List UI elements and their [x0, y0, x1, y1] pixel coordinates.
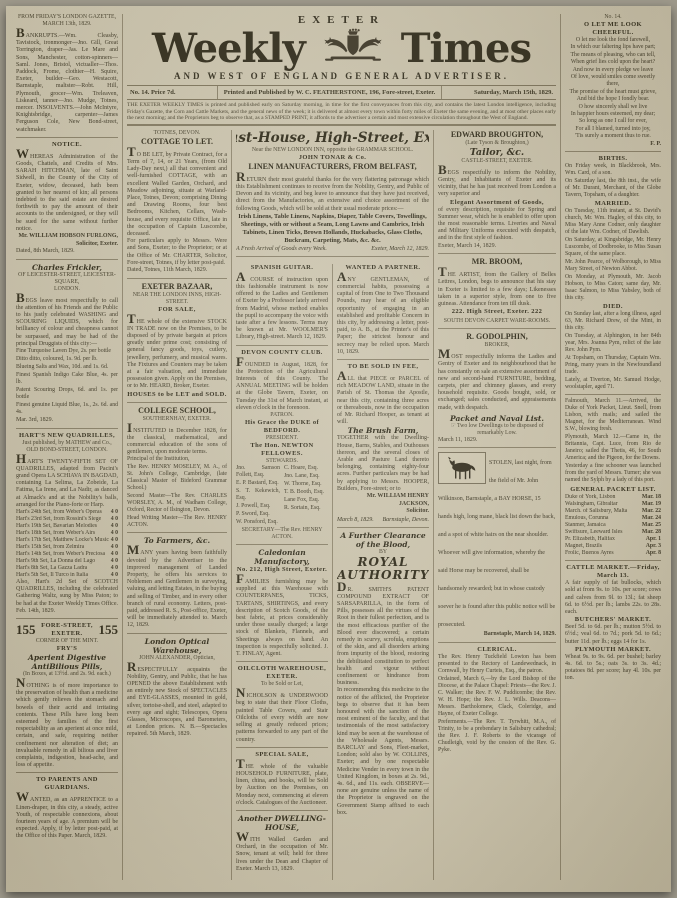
- column-five: EDWARD BROUGHTON, (Late Tyson & Broughto…: [438, 130, 556, 880]
- parents-body: WANTED, as an APPRENTICE to a Linen-drap…: [16, 792, 118, 840]
- steward-name: C. Hoare, Esq.: [284, 465, 328, 472]
- special-sale-body: THE whole of the valuable HOUSEHOLD FURN…: [236, 759, 328, 807]
- optical-body: RESPECTFULLY acquaints the Nobility, Gen…: [127, 662, 227, 739]
- marriage-entry: On Tuesday, 11th instant, at St. David's…: [565, 208, 661, 236]
- staff-line: Second Master—The Rev. CHARLES WORSLEY, …: [127, 493, 227, 514]
- godolphin-trade: BROKER,: [438, 342, 556, 349]
- dateline-row: No. 14. Price 7d. Printed and Published …: [127, 85, 556, 100]
- quadrilles-intro: HART'S TWENTY-FIFTH SET OF QUADRILLES, a…: [16, 454, 118, 509]
- marriage-entry: On Monday, at Plymouth, Mr. Jacob Hobson…: [565, 274, 661, 302]
- county-club-body: FOUNDED in August, 1828, for the Protect…: [236, 357, 328, 412]
- butchers-market-body: Beef 5d. to 6d. per lb.; mutton 5½d. to …: [565, 624, 661, 646]
- poem-line: For all I blamed, turned into joy,: [565, 126, 661, 133]
- parents-heading: TO PARENTS AND GUARDIANS.: [16, 776, 118, 792]
- farmers-body: MANY years having been faithfully devote…: [127, 545, 227, 629]
- sold-in-fee-body: ALL that PIECE or PARCEL of rich MEADOW …: [337, 371, 429, 426]
- price-line: Patent Scouring Drops, 6d. and 1s. per b…: [16, 387, 118, 401]
- ship-news-item: Plymouth, March 12.—Came in, the Britann…: [565, 434, 661, 462]
- butchers-market-heading: BUTCHERS' MARKET.: [565, 616, 661, 624]
- frickler-heading: Charles Frickler,: [16, 263, 118, 272]
- wareroom-line: SOUTH DEVON CARPET WARE-ROOMS.: [438, 318, 556, 325]
- bazaar-address: NEAR THE LONDON INNS, HIGH-STREET.: [127, 292, 227, 306]
- quadrille-item: Hart's 24th Set, from Weber's Operas4 0: [16, 509, 118, 516]
- packet-list: Duke of York, LisbonMar. 18Walsingham, G…: [565, 494, 661, 557]
- quadrille-item: Hart's 8th Set, La Gazza Ladra4 0: [16, 565, 118, 572]
- death-entry: Lately, at Tiverton, Mr. Samuel Hodge, w…: [565, 377, 661, 391]
- guitar-body: A COURSE of instruction upon this fashio…: [236, 272, 328, 342]
- brush-farm-heading: The Brush Farm,: [337, 426, 429, 435]
- marriage-entry: Mr. John Pearce, of Wolborough, to Miss …: [565, 259, 661, 273]
- sold-in-fee-heading: TO BE SOLD IN FEE,: [337, 363, 429, 371]
- belfast-firm: JOHN TONAR & Co.: [236, 154, 429, 162]
- sarsaparilla-agents: In recommending this medicine to the not…: [337, 687, 429, 817]
- brush-farm-signature: Mr. WILLIAM HENRY JACKSON,: [337, 493, 429, 508]
- steward-name: P. Sword, Esq.: [236, 511, 280, 518]
- packet-list-heading: GENERAL PACKET LIST.: [565, 486, 661, 494]
- brush-farm-place: Barnstaple, Devon.: [383, 516, 430, 524]
- cottage-body: TO BE LET, by Private Contract, for a Te…: [127, 147, 227, 238]
- steward-name: E. P. Bastard, Esq.: [236, 480, 280, 487]
- died-heading: DIED.: [565, 303, 661, 311]
- staff-line: Head Writing Master—The Rev. HENRY ACTON…: [127, 515, 227, 529]
- stewards-left: Jno. Samson Follett, Esq.E. P. Bastard, …: [236, 465, 280, 527]
- frickler-price-list: Fine Turquoise Laven Dye, 2s. per bottle…: [16, 348, 118, 416]
- oilcloth-heading: OILCLOTH WAREHOUSE, EXETER.: [236, 665, 328, 681]
- broughton-date: Exeter, March 14, 1829.: [438, 243, 556, 251]
- patron-name: His Grace the DUKE of BEDFORD.: [236, 419, 328, 435]
- price-line: Fine Turquoise Laven Dye, 2s. per bottle: [16, 348, 118, 355]
- gazette-header: FROM FRIDAY'S LONDON GAZETTE, MARCH 13th…: [16, 14, 118, 28]
- poem-line: Of love, would smiles come sweetly there…: [565, 74, 661, 89]
- dwelling-body: WITH Walled Garden and Orchard, in the o…: [236, 832, 328, 873]
- masthead: EXETER Weekly: [127, 14, 556, 128]
- pills-price: (In Boxes, at 13½d. and 2s. 9d. each.): [16, 671, 118, 678]
- belfast-ad-title: Belfast-House, High-Street, Exeter,: [236, 131, 429, 146]
- stolen-body: STOLEN, last night, from the field of Mr…: [438, 460, 555, 628]
- broom-heading: MR. BROOM,: [438, 257, 556, 267]
- corner-issue-number: No. 14.: [565, 14, 661, 21]
- plymouth-market-body: Wheat 9s. to 9s. 6d. per bushel; barley …: [565, 654, 661, 683]
- houses-note: HOUSES to be LET and SOLD.: [127, 391, 227, 399]
- death-entry: On Sunday last, after a long illness, ag…: [565, 311, 661, 332]
- staff-line: Principal of the Institution,: [127, 456, 227, 463]
- married-list: On Tuesday, 11th instant, at St. David's…: [565, 208, 661, 302]
- column-two: TOTNES, DEVON. COTTAGE TO LET. TO BE LET…: [127, 130, 227, 880]
- brand-name: FRY'S: [16, 645, 118, 653]
- column-left-ads: FROM FRIDAY'S LONDON GAZETTE, MARCH 13th…: [16, 14, 118, 880]
- steward-name: Jno. Lane, Esq.: [284, 473, 328, 480]
- packet-naval-line: Packet and Naval List.: [438, 414, 556, 423]
- packet-entry: Walsingham, GibraltarMar. 19: [565, 501, 661, 508]
- packet-entry: March. of Salisbury, MaltaMar. 22: [565, 508, 661, 515]
- secretary-line: SECRETARY—The Rev. HENRY ACTON.: [236, 527, 328, 541]
- price-line: Finest Spanish Indigo Cake Blue, 4s. per…: [16, 372, 118, 386]
- street-number-left: 155: [16, 623, 36, 636]
- cattle-market-heading: CATTLE MARKET.—Friday, March 13.: [565, 564, 661, 580]
- staff-line: The Rev. HENRY MOSELEY, M. A., of St. Jo…: [127, 464, 227, 492]
- issue-number: No. 14. Price 7d.: [127, 86, 218, 99]
- steward-name: T. B. Booth, Esq.: [284, 489, 328, 496]
- birth-entry: On Friday week, in Blackbrook, Mrs. Wm. …: [565, 163, 661, 177]
- partner-body: ANY GENTLEMAN, of commercial habits, pos…: [337, 272, 429, 356]
- oilcloth-subheading: To be Sold or Let,: [236, 681, 328, 688]
- fore-street-banner: 155 FORE-STREET, EXETER. 155: [16, 622, 118, 638]
- steward-name: R. Sortain, Esq.: [284, 505, 328, 512]
- steward-name: J. Powell, Esq.: [236, 503, 280, 510]
- partner-heading: WANTED A PARTNER.: [337, 264, 429, 272]
- clerical-item: Ordained, March 6,—by the Lord Bishop of…: [438, 676, 556, 718]
- packet-entry: Pr. Elizabeth, HalifaxApr. 1: [565, 536, 661, 543]
- column-three: SPANISH GUITAR. A COURSE of instruction …: [236, 264, 328, 880]
- brush-farm-signature-role: Solicitor.: [337, 508, 429, 516]
- quadrille-item: Hart's 15th Set, from Zelmira4 0: [16, 544, 118, 551]
- broughton-body-1: BEGS respectfully to inform the Nobility…: [438, 165, 556, 199]
- imprint: Printed and Published by W. C. FEATHERST…: [218, 86, 441, 99]
- masthead-title-weekly: Weekly: [152, 29, 305, 69]
- quadrille-item: Hart's 19th Set, Bavarian Melodies4 0: [16, 523, 118, 530]
- ship-news-item: Yesterday a fine schooner was launched f…: [565, 463, 661, 484]
- notice-signature: Mr. WILLIAM HOBSON FURLONG,: [16, 233, 118, 241]
- broughton-goods-line: Elegant Assortment of Goods,: [438, 199, 556, 207]
- poem-line: In which our faltering lips have part;: [565, 44, 661, 51]
- blood-clearance-line: A Further Clearance of the Blood,: [337, 531, 429, 549]
- masthead-title-times: Times: [401, 29, 531, 69]
- quadrille-item: Hart's 18th Set, from Weber's Airs4 0: [16, 530, 118, 537]
- street-number-right: 155: [99, 623, 119, 636]
- packet-entry: Stanmer, JamaicaMar. 25: [565, 522, 661, 529]
- corner-label: CORNER OF THE MINT.: [16, 638, 118, 645]
- broughton-trade: Tailor, &c.: [438, 147, 556, 158]
- frickler-body: BEGS leave most respectfully to call the…: [16, 293, 118, 348]
- ship-news-item: Falmouth, March 11.—Arrived, the Duke of…: [565, 398, 661, 433]
- special-sale-heading: SPECIAL SALE,: [236, 751, 328, 759]
- cottage-heading: COTTAGE TO LET.: [127, 137, 227, 147]
- clerical-items: The Rev. Henry Tuckfield Lowton has been…: [438, 654, 556, 754]
- horse-engraving-icon: [438, 452, 486, 484]
- oilcloth-body: NICHOLSON & UNDERWOOD beg to state that …: [236, 688, 328, 743]
- brush-farm-body: TOGETHER with the Dwelling-House, Barns,…: [337, 435, 429, 493]
- quadrilles-address: OLD BOND-STREET, LONDON.: [16, 447, 118, 454]
- quadrilles-publisher: Just published, by MATHEW and Co.,: [16, 440, 118, 447]
- quadrille-item: Hart's 5th Set, Il Turco in Italia4 0: [16, 572, 118, 579]
- college-body: INSTITUTED in December 1828, for the cla…: [127, 423, 227, 457]
- column-divider: [231, 130, 232, 880]
- godolphin-body: MOST respectfully informs the Ladies and…: [438, 349, 556, 412]
- stolen-date: Barnstaple, March 14, 1829.: [438, 631, 556, 639]
- stolen-horse-ad: STOLEN, last night, from the field of Mr…: [438, 451, 556, 639]
- masthead-subtitle: AND WEST OF ENGLAND GENERAL ADVERTISER.: [127, 70, 556, 82]
- steward-name: W. Ponsford, Esq.: [236, 519, 280, 526]
- bazaar-for-sale: FOR SALE,: [127, 306, 227, 314]
- steward-name: W. Thorne, Esq.: [284, 481, 328, 488]
- pills-heading: Aperient Digestive AntiBilious Pills,: [16, 653, 118, 671]
- stewards-label: STEWARDS.: [236, 458, 328, 465]
- guitar-heading: SPANISH GUITAR.: [236, 264, 328, 272]
- poem-line: O how sincerely shall we live: [565, 104, 661, 111]
- poem-lines: O let me look the fond farewell,In which…: [565, 37, 661, 141]
- cottage-location: TOTNES, DEVON.: [127, 130, 227, 137]
- cattle-market-body: A fair supply of fat bullocks, which sol…: [565, 580, 661, 616]
- caledonian-heading: Caledonian Manufactory,: [236, 548, 328, 566]
- cottage-apply: For particulars apply to Messrs. Were an…: [127, 238, 227, 267]
- packet-entry: Swiftsure, Leeward IslesMar. 28: [565, 529, 661, 536]
- birth-entry: On Saturday last, the 8th inst., the wif…: [565, 178, 661, 199]
- president-name: The Hon. NEWTON FELLOWES.: [236, 442, 328, 458]
- notice-date: Dated, 8th March, 1829.: [16, 248, 118, 256]
- godolphin-heading: R. GODOLPHIN,: [438, 332, 556, 342]
- quadrilles-heading: HART'S NEW QUADRILLES,: [16, 432, 118, 440]
- steward-name: Lane Fox, Esq.: [284, 497, 328, 504]
- clerical-heading: CLERICAL.: [438, 646, 556, 654]
- notice-signature-role: Solicitor, Exeter.: [16, 241, 118, 249]
- notice-body: WHEREAS Administration of the Goods, Cha…: [16, 149, 118, 233]
- quadrille-item: Hart's 17th Set, Matthew Locke's Music4 …: [16, 537, 118, 544]
- college-address: SOUTHERNHAY, EXETER.: [127, 416, 227, 423]
- broom-body: THE ARTIST, from the Gallery of Belles L…: [438, 267, 556, 308]
- sarsaparilla-body: DR. SMITH'S PATENT COMPOUND EXTRACT OF S…: [337, 582, 429, 688]
- quadrille-item: Hart's 23rd Set, from Rossini's Siege4 0: [16, 516, 118, 523]
- quadrille-item: Hart's 9th Set, La Donna del Lago4 0: [16, 558, 118, 565]
- steward-name: S. T. Kekewich, Esq.: [236, 488, 280, 502]
- stewards-right: C. Hoare, Esq.Jno. Lane, Esq.W. Thorne, …: [284, 465, 328, 527]
- president-label: PRESIDENT.: [236, 435, 328, 442]
- poem-title: O LET ME LOOK CHEERFUL.: [565, 21, 661, 37]
- farmers-heading: To Farmers, &c.: [127, 536, 227, 545]
- death-entry: At Topsham, on Thursday, Captain Wm. Pri…: [565, 355, 661, 376]
- frickler-address: OF LEICESTER-STREET, LEICESTER-SQUARE,: [16, 272, 118, 286]
- fore-street-label: FORE-STREET, EXETER.: [40, 622, 95, 638]
- quadrilles-closing: Also, Hart's 2d Set of SCOTCH QUADRILLES…: [16, 579, 118, 615]
- column-divider: [560, 14, 561, 880]
- belfast-ad-location: Near the NEW LONDON INN, opposite the GR…: [236, 147, 429, 154]
- belfast-goods-list: Irish Linens, Table Linens, Napkins, Dia…: [236, 213, 429, 245]
- price-line: Blueing Salts and Wax, 10d. and 1s. 6d.: [16, 364, 118, 371]
- royal-authority-heading: ROYAL AUTHORITY.: [337, 556, 429, 582]
- belfast-date: Exeter, March 12, 1829.: [371, 245, 429, 253]
- poem-line: When grief lies cold upon the heart?: [565, 59, 661, 66]
- broughton-heading: EDWARD BROUGHTON,: [438, 130, 556, 140]
- belfast-body: RETURN their most grateful thanks for th…: [236, 172, 429, 213]
- frickler-date: Mar. 3rd, 1829.: [16, 417, 118, 425]
- belfast-house-ad: 969 Belfast-House, High-Street, Exeter, …: [236, 130, 429, 260]
- optical-proprietor: JOHN ALEXANDER, Optician,: [127, 655, 227, 662]
- newspaper-page: FROM FRIDAY'S LONDON GAZETTE, MARCH 13th…: [6, 6, 671, 892]
- optical-heading: London Optical Warehouse,: [127, 637, 227, 655]
- married-heading: MARRIED.: [565, 200, 661, 208]
- bankrupts-list: BANKRUPTS.—Wm. Cleasby, Tavistock, ironm…: [16, 28, 118, 134]
- quadrille-item: Hart's 14th Set, from Weber's Preciosa4 …: [16, 551, 118, 558]
- marriage-entry: On Saturday, at Kingsbridge, Mr. Henry L…: [565, 237, 661, 258]
- bazaar-body: THE whole of the extensive STOCK IN TRAD…: [127, 314, 227, 391]
- poem-line: And bid the hope I fondly bear.: [565, 96, 661, 103]
- clerical-item: Preferments.—The Rev. T. Tyrwhitt, M.A.,…: [438, 719, 556, 754]
- college-heading: COLLEGE SCHOOL,: [127, 406, 227, 416]
- cottage-date: Dated, Totnes, 11th March, 1829.: [127, 267, 227, 275]
- packet-entry: Duke of York, LisbonMar. 18: [565, 494, 661, 501]
- frickler-city: LONDON.: [16, 286, 118, 293]
- price-line: Finest genuine Liquid Blue, 1s., 2s. 6d.…: [16, 402, 118, 416]
- clerical-item: The Rev. Henry Tuckfield Lowton has been…: [438, 654, 556, 675]
- belfast-trade-line: LINEN MANUFACTURERS, FROM BELFAST,: [236, 162, 429, 172]
- poem-line: And now in every pledge we leave: [565, 67, 661, 74]
- death-entry: On Tuesday, at Alphington, in her 84th y…: [565, 333, 661, 354]
- column-four: WANTED A PARTNER. ANY GENTLEMAN, of comm…: [337, 264, 429, 880]
- ship-news: Falmouth, March 11.—Arrived, the Duke of…: [565, 398, 661, 484]
- issue-date: Saturday, March 15th, 1829.: [441, 86, 556, 99]
- belfast-note: A Fresh Arrival of Goods every Week.: [236, 245, 327, 253]
- pills-body: NOTHING is of more importance to the pre…: [16, 678, 118, 769]
- plymouth-market-heading: PLYMOUTH MARKET.: [565, 646, 661, 654]
- broughton-body-2: of every description, requisite for Spri…: [438, 207, 556, 243]
- patron-label: PATRON.: [236, 412, 328, 419]
- broughton-address: CASTLE-STREET, EXETER.: [438, 158, 556, 165]
- publisher-blurb: THE EXETER WEEKLY TIMES is printed and p…: [127, 102, 556, 122]
- royal-crest-icon: [311, 28, 395, 69]
- caledonian-body: FAMILIES furnishing may be supplied at t…: [236, 574, 328, 658]
- dwellings-note-date: March 11, 1829.: [438, 437, 556, 445]
- notice-heading: NOTICE.: [16, 141, 118, 149]
- poem-line: So long as one I call for ever,: [565, 118, 661, 125]
- column-divider: [433, 130, 434, 880]
- poem-signature: F. P.: [565, 141, 661, 149]
- broom-address: 222. High Street, Exeter. 222: [438, 308, 556, 316]
- county-club-heading: DEVON COUNTY CLUB.: [236, 349, 328, 357]
- column-divider: [332, 264, 333, 880]
- died-list: On Sunday last, after a long illness, ag…: [565, 311, 661, 391]
- births-heading: BIRTHS.: [565, 155, 661, 163]
- broughton-former-firm: (Late Tyson & Broughton,): [438, 140, 556, 147]
- bazaar-heading: EXETER BAZAAR,: [127, 282, 227, 292]
- quadrilles-set-list: Hart's 24th Set, from Weber's Operas4 0H…: [16, 509, 118, 579]
- dwellings-note: ☞ Two low Dwellings to be disposed of re…: [438, 423, 556, 437]
- packet-entry: Frolic, Buenos AyresApr. 8: [565, 550, 661, 557]
- packet-entry: Magnet, BrazilsApr. 3: [565, 543, 661, 550]
- column-divider: [122, 14, 123, 880]
- poem-line: 'Tis surely a moment thus to rue.: [565, 133, 661, 140]
- brush-farm-date: March 8, 1829.: [337, 516, 374, 524]
- price-line: Ditto ditto, coloured, 1s. 9d. per lb.: [16, 356, 118, 363]
- column-right-news: No. 14. O LET ME LOOK CHEERFUL. O let me…: [565, 14, 661, 880]
- births-list: On Friday week, in Blackbrook, Mrs. Wm. …: [565, 163, 661, 199]
- college-staff-list: Principal of the Institution,The Rev. HE…: [127, 456, 227, 529]
- caledonian-address: No. 212, High Street, Exeter.: [236, 566, 328, 574]
- steward-name: Jno. Samson Follett, Esq.: [236, 465, 280, 479]
- packet-entry: Emulous, CorunnaMar. 24: [565, 515, 661, 522]
